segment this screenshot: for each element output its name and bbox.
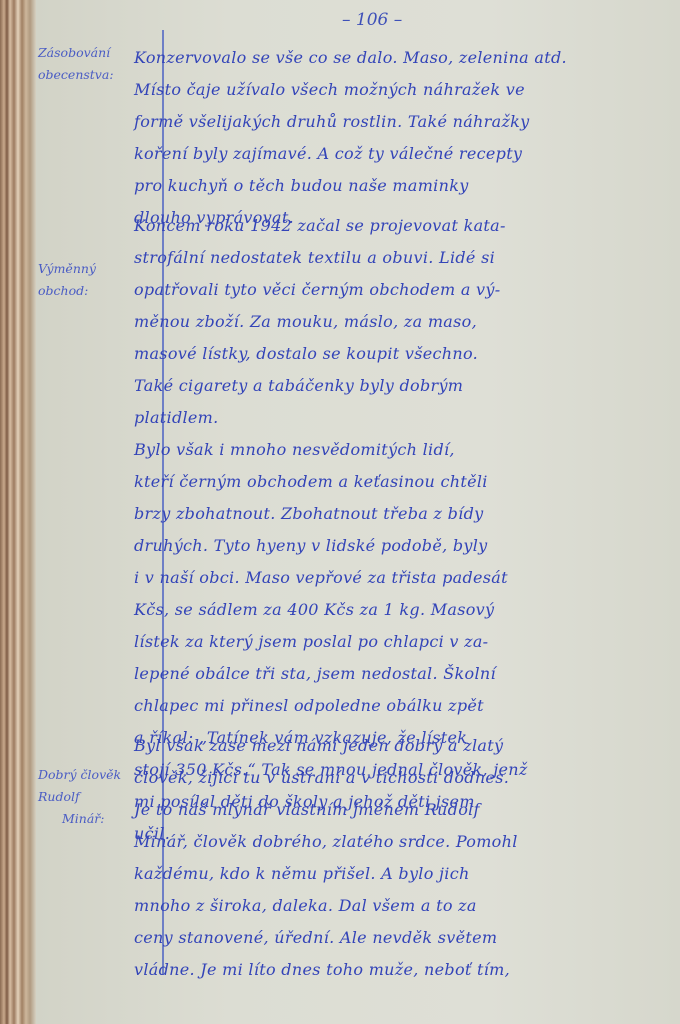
text-line: Minář, člověk dobrého, zlatého srdce. Po… bbox=[134, 826, 654, 858]
margin-heading-line: obchod: bbox=[38, 280, 126, 302]
margin-heading-line: Zásobování bbox=[38, 42, 126, 64]
margin-heading-line: Výměnný bbox=[38, 258, 126, 280]
paragraph-good-man: Byl však zase mezi námi jeden dobrý a zl… bbox=[134, 730, 654, 986]
margin-heading-line: obecenstva: bbox=[38, 64, 126, 86]
text-line: Také cigarety a tabáčenky byly dobrým bbox=[134, 370, 654, 402]
text-line: chlapec mi přinesl odpoledne obálku zpět bbox=[134, 690, 654, 722]
text-line: vládne. Je mi líto dnes toho muže, neboť… bbox=[134, 954, 654, 986]
text-line: měnou zboží. Za mouku, máslo, za maso, bbox=[134, 306, 654, 338]
text-line: Byl však zase mezi námi jeden dobrý a zl… bbox=[134, 730, 654, 762]
margin-heading-supply: Zásobování obecenstva: bbox=[38, 42, 126, 86]
text-line: opatřovali tyto věci černým obchodem a v… bbox=[134, 274, 654, 306]
text-line: kteří černým obchodem a keťasinou chtěli bbox=[134, 466, 654, 498]
margin-heading-line: Minář: bbox=[38, 808, 126, 830]
text-line: Bylo však i mnoho nesvědomitých lidí, bbox=[134, 434, 654, 466]
text-line: platidlem. bbox=[134, 402, 654, 434]
text-line: mnoho z široka, daleka. Dal všem a to za bbox=[134, 890, 654, 922]
text-line: brzy zbohatnout. Zbohatnout třeba z bídy bbox=[134, 498, 654, 530]
text-line: Koncem roku 1942 začal se projevovat kat… bbox=[134, 210, 654, 242]
page-number: – 106 – bbox=[342, 10, 402, 30]
text-line: druhých. Tyto hyeny v lidské podobě, byl… bbox=[134, 530, 654, 562]
text-line: každému, kdo k němu přišel. A bylo jich bbox=[134, 858, 654, 890]
text-line: strofální nedostatek textilu a obuvi. Li… bbox=[134, 242, 654, 274]
text-line: člověk, žijící tu v ústraní a v tichosti… bbox=[134, 762, 654, 794]
text-line: masové lístky, dostalo se koupit všechno… bbox=[134, 338, 654, 370]
text-line: Místo čaje užívalo všech možných náhraže… bbox=[134, 74, 654, 106]
margin-heading-good-man: Dobrý člověk Rudolf Minář: bbox=[38, 764, 126, 830]
text-line: lepené obálce tři sta, jsem nedostal. Šk… bbox=[134, 658, 654, 690]
margin-heading-exchange: Výměnný obchod: bbox=[38, 258, 126, 302]
text-line: Je to náš mlynář vlastním jménem Rudolf bbox=[134, 794, 654, 826]
text-line: formě všelijakých druhů rostlin. Také ná… bbox=[134, 106, 654, 138]
margin-heading-line: Dobrý člověk bbox=[38, 764, 126, 786]
text-line: Konzervovalo se vše co se dalo. Maso, ze… bbox=[134, 42, 654, 74]
text-line: koření byly zajímavé. A což ty válečné r… bbox=[134, 138, 654, 170]
text-line: lístek za který jsem poslal po chlapci v… bbox=[134, 626, 654, 658]
text-line: i v naší obci. Maso vepřové za třista pa… bbox=[134, 562, 654, 594]
text-line: ceny stanovené, úřední. Ale nevděk světe… bbox=[134, 922, 654, 954]
paragraph-supply: Konzervovalo se vše co se dalo. Maso, ze… bbox=[134, 42, 654, 234]
text-line: pro kuchyň o těch budou naše maminky bbox=[134, 170, 654, 202]
book-binding bbox=[0, 0, 36, 1024]
margin-heading-line: Rudolf bbox=[38, 786, 126, 808]
text-line: Kčs, se sádlem za 400 Kčs za 1 kg. Masov… bbox=[134, 594, 654, 626]
